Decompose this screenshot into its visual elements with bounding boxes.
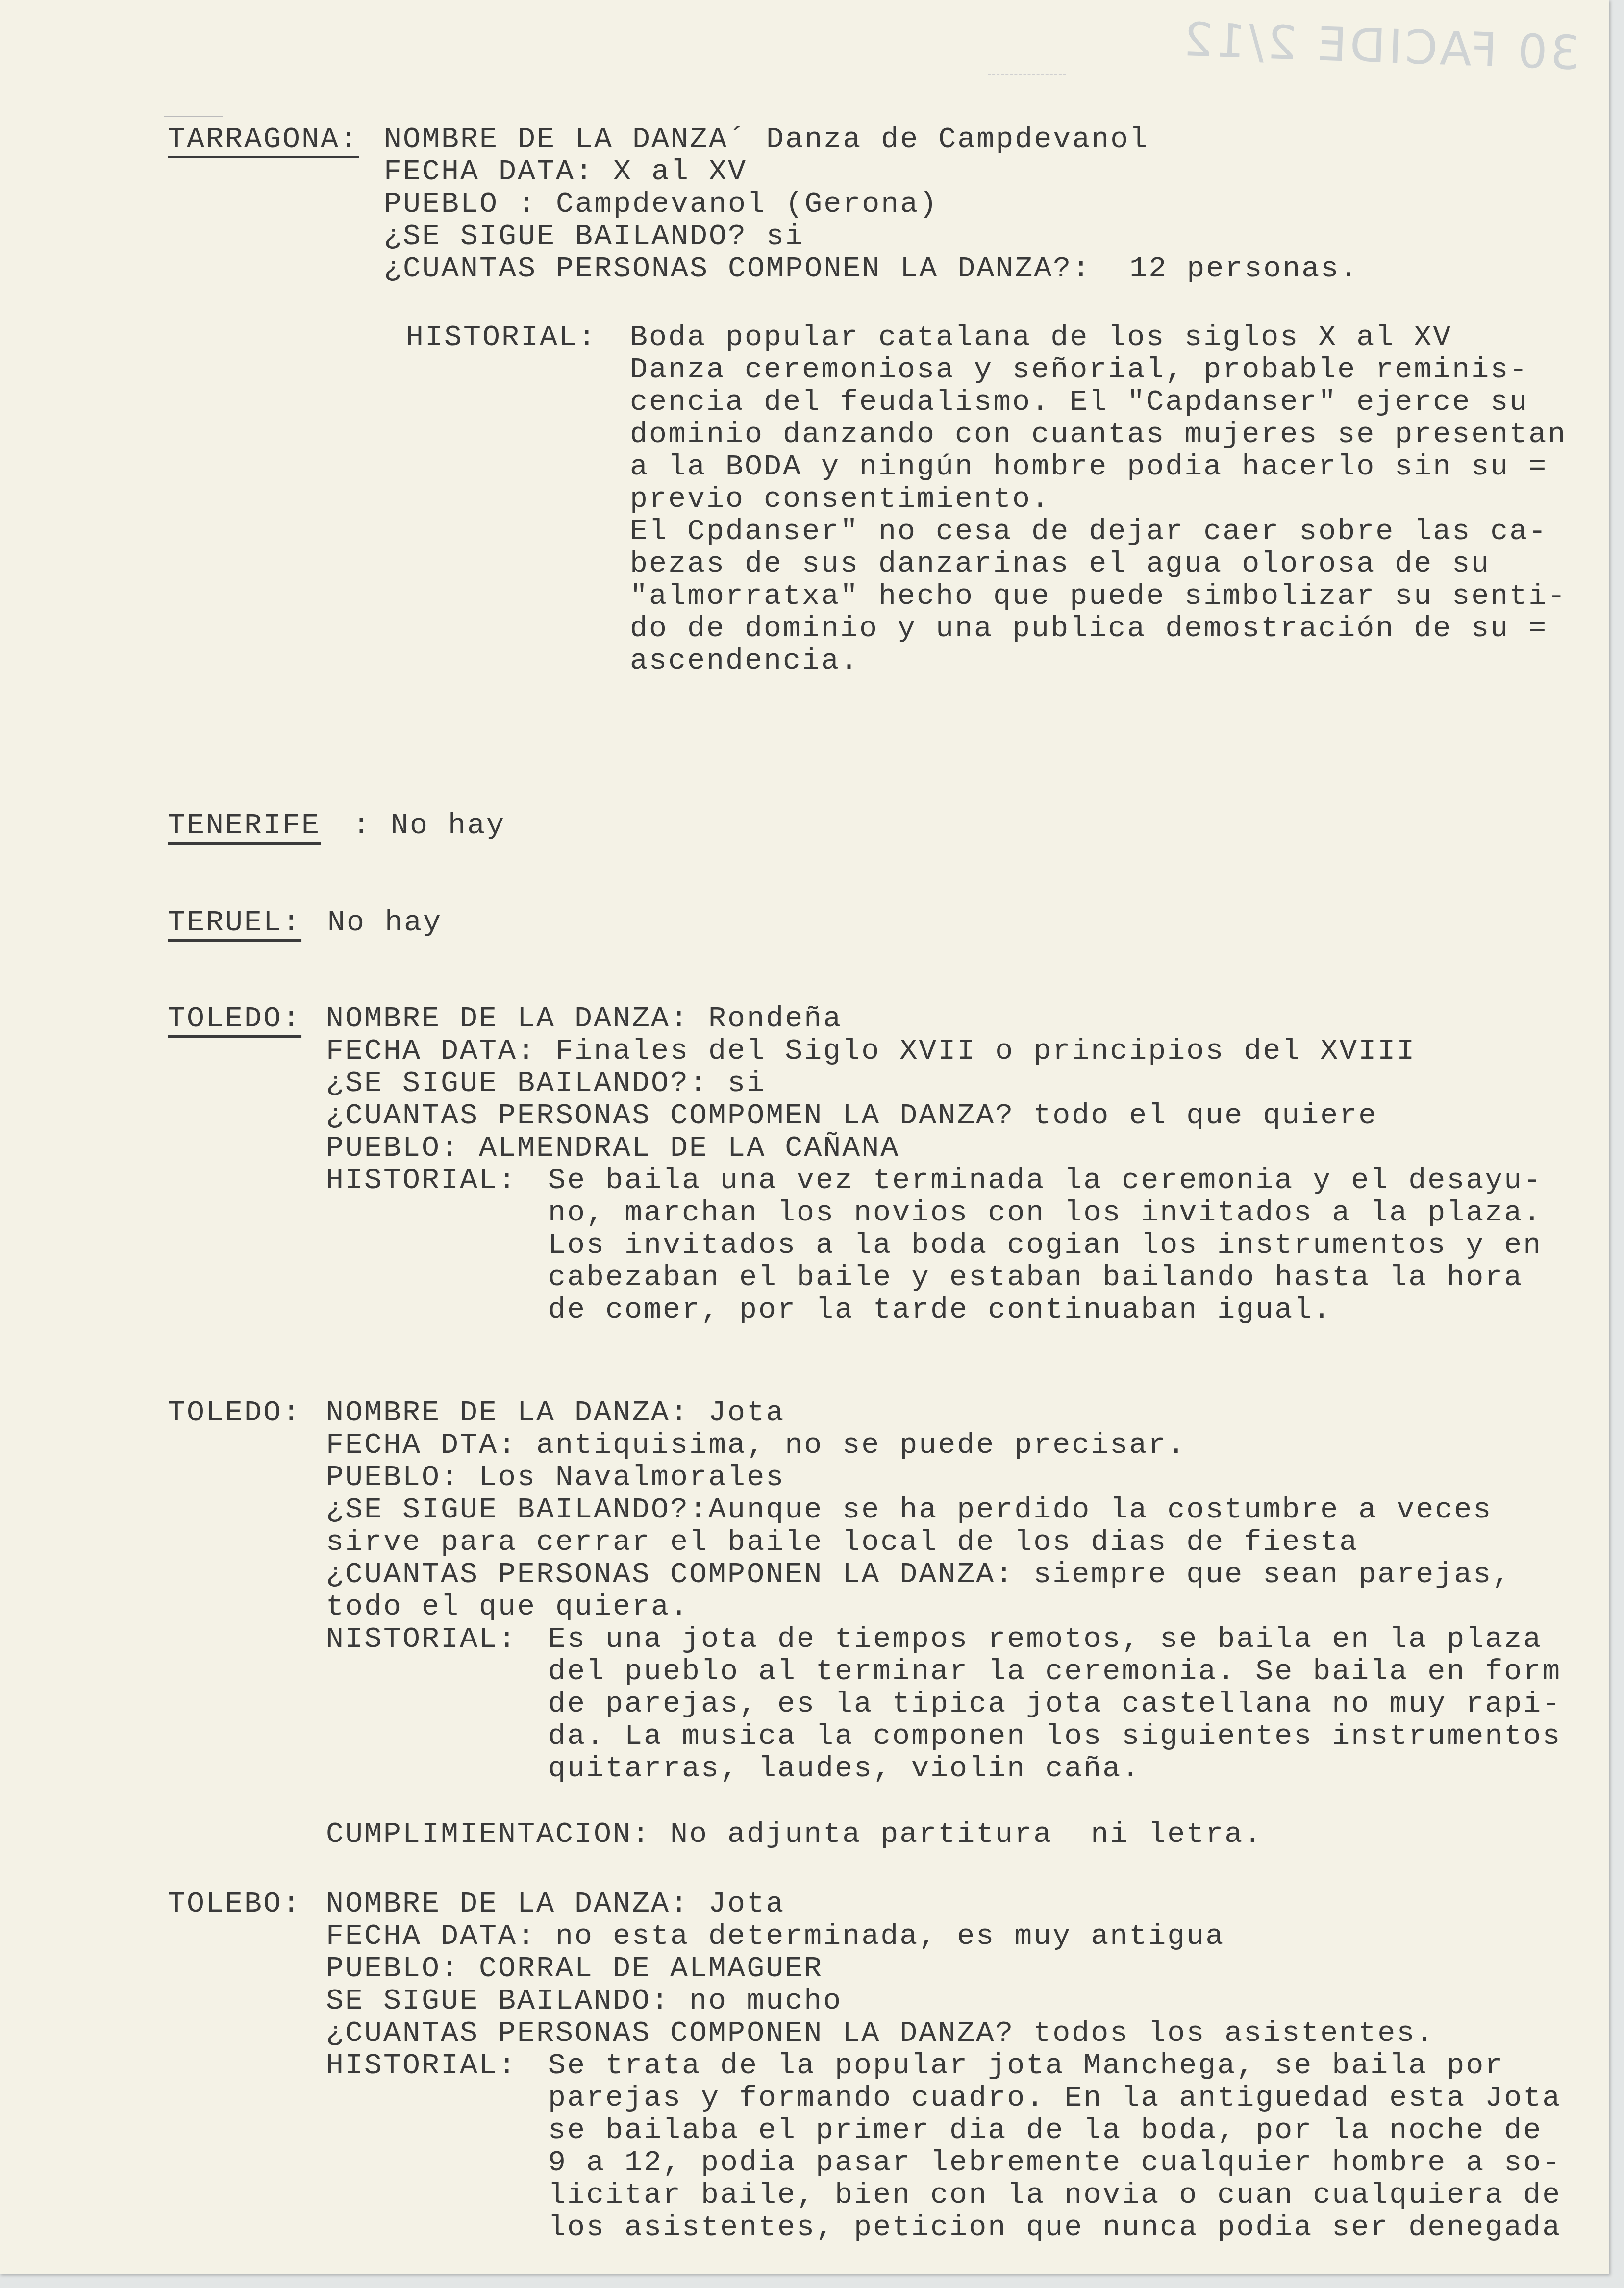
field-pueblo: PUEBLO: CORRAL DE ALMAGUER (326, 1953, 823, 1985)
historial-line: do de dominio y una publica demostración… (630, 613, 1548, 645)
province-heading: TOLEBO: (168, 1888, 301, 1920)
historial-line: Danza ceremoniosa y señorial, probable r… (630, 354, 1528, 386)
field-pueblo: PUEBLO: ALMENDRAL DE LA CAÑANA (326, 1132, 899, 1165)
historial-line: Se trata de la popular jota Manchega, se… (548, 2050, 1504, 2082)
field-sigue: ¿SE SIGUE BAILANDO?:Aunque se ha perdido… (326, 1494, 1492, 1526)
historial-line: previo consentimiento. (630, 483, 1050, 516)
historial-line: parejas y formando cuadro. En la antigue… (548, 2082, 1561, 2114)
province-heading: TERUEL: (168, 907, 301, 939)
historial-label: HISTORIAL: (406, 322, 597, 354)
field-cuantas: ¿CUANTAS PERSONAS COMPOMEN LA DANZA? tod… (326, 1100, 1377, 1132)
province-heading: TARRAGONA: (168, 124, 359, 156)
field-pueblo: PUEBLO : Campdevanol (Gerona) (384, 188, 938, 221)
historial-line: se bailaba el primer dia de la boda, por… (548, 2114, 1542, 2147)
field-fecha: FECHA DATA: no esta determinada, es muy … (326, 1920, 1224, 1953)
field-fecha: FECHA DATA: Finales del Siglo XVII o pri… (326, 1035, 1416, 1068)
field-nombre: NOMBRE DE LA DANZA: Jota (326, 1888, 785, 1920)
historial-label: HISTORIAL: (326, 2050, 517, 2082)
pencil-annotation: 30 FACIDE 2/12 (1179, 13, 1581, 80)
historial-line: de parejas, es la tipica jota castellana… (548, 1688, 1561, 1720)
field-cuantas: ¿CUANTAS PERSONAS COMPONEN LA DANZA?: 12… (384, 253, 1359, 285)
historial-line: da. La musica la componen los siguientes… (548, 1720, 1561, 1753)
field-sigue: ¿SE SIGUE BAILANDO?: si (326, 1068, 766, 1100)
typed-document-page: 30 FACIDE 2/12 TARRAGONA: NOMBRE DE LA D… (0, 0, 1609, 2274)
faint-mark (988, 74, 1066, 79)
field-nombre: NOMBRE DE LA DANZA: Rondeña (326, 1003, 842, 1035)
province-heading: TENERIFE (168, 810, 321, 842)
historial-line: de comer, por la tarde continuaban igual… (548, 1294, 1332, 1326)
field-fecha: FECHA DATA: X al XV (384, 156, 747, 188)
historial-label: NISTORIAL: (326, 1623, 517, 1656)
historial-label: HISTORIAL: (326, 1165, 517, 1197)
overline-mark (164, 116, 223, 117)
field-fecha: FECHA DTA: antiquisima, no se puede prec… (326, 1429, 1186, 1462)
historial-line: ascendencia. (630, 645, 859, 677)
field-pueblo: PUEBLO: Los Navalmorales (326, 1462, 785, 1494)
historial-line: Boda popular catalana de los siglos X al… (630, 322, 1452, 354)
historial-line: dominio danzando con cuantas mujeres se … (630, 419, 1567, 451)
field-nombre: NOMBRE DE LA DANZA´ Danza de Campdevanol (384, 124, 1149, 156)
historial-line: Se baila una vez terminada la ceremonia … (548, 1165, 1542, 1197)
historial-line: 9 a 12, podia pasar lebremente cualquier… (548, 2147, 1561, 2179)
field-sigue: SE SIGUE BAILANDO: no mucho (326, 1985, 842, 2017)
province-heading: TOLEDO: (168, 1397, 301, 1429)
field-value: No hay (289, 907, 442, 939)
historial-line: bezas de sus danzarinas el agua olorosa … (630, 548, 1490, 580)
historial-line: "almorratxa" hecho que puede simbolizar … (630, 580, 1567, 613)
field-cuantas: ¿CUANTAS PERSONAS COMPONEN LA DANZA: sie… (326, 1559, 1511, 1591)
field-nombre: NOMBRE DE LA DANZA: Jota (326, 1397, 785, 1429)
historial-line: del pueblo al terminar la ceremonia. Se … (548, 1656, 1561, 1688)
historial-line: quitarras, laudes, violin caña. (548, 1753, 1141, 1785)
field-sigue-cont: sirve para cerrar el baile local de los … (326, 1526, 1358, 1559)
field-sigue: ¿SE SIGUE BAILANDO? si (384, 221, 804, 253)
historial-line: licitar baile, bien con la novia o cuan … (548, 2179, 1561, 2212)
field-value: : No hay (333, 810, 505, 842)
historial-line: Los invitados a la boda cogian los instr… (548, 1229, 1542, 1262)
historial-line: cabezaban el baile y estaban bailando ha… (548, 1262, 1523, 1294)
historial-line: no, marchan los novios con los invitados… (548, 1197, 1542, 1229)
historial-line: a la BODA y ningún hombre podia hacerlo … (630, 451, 1548, 483)
field-cuantas: ¿CUANTAS PERSONAS COMPONEN LA DANZA? tod… (326, 2017, 1435, 2050)
historial-line: cencia del feudalismo. El "Capdanser" ej… (630, 386, 1528, 419)
field-cumplimentacion: CUMPLIMIENTACION: No adjunta partitura n… (326, 1818, 1263, 1851)
historial-line: Es una jota de tiempos remotos, se baila… (548, 1623, 1542, 1656)
field-cuantas-cont: todo el que quiera. (326, 1591, 689, 1623)
province-heading: TOLEDO: (168, 1003, 301, 1035)
historial-line: los asistentes, peticion que nunca podia… (548, 2212, 1561, 2244)
historial-line: El Cpdanser" no cesa de dejar caer sobre… (630, 516, 1548, 548)
